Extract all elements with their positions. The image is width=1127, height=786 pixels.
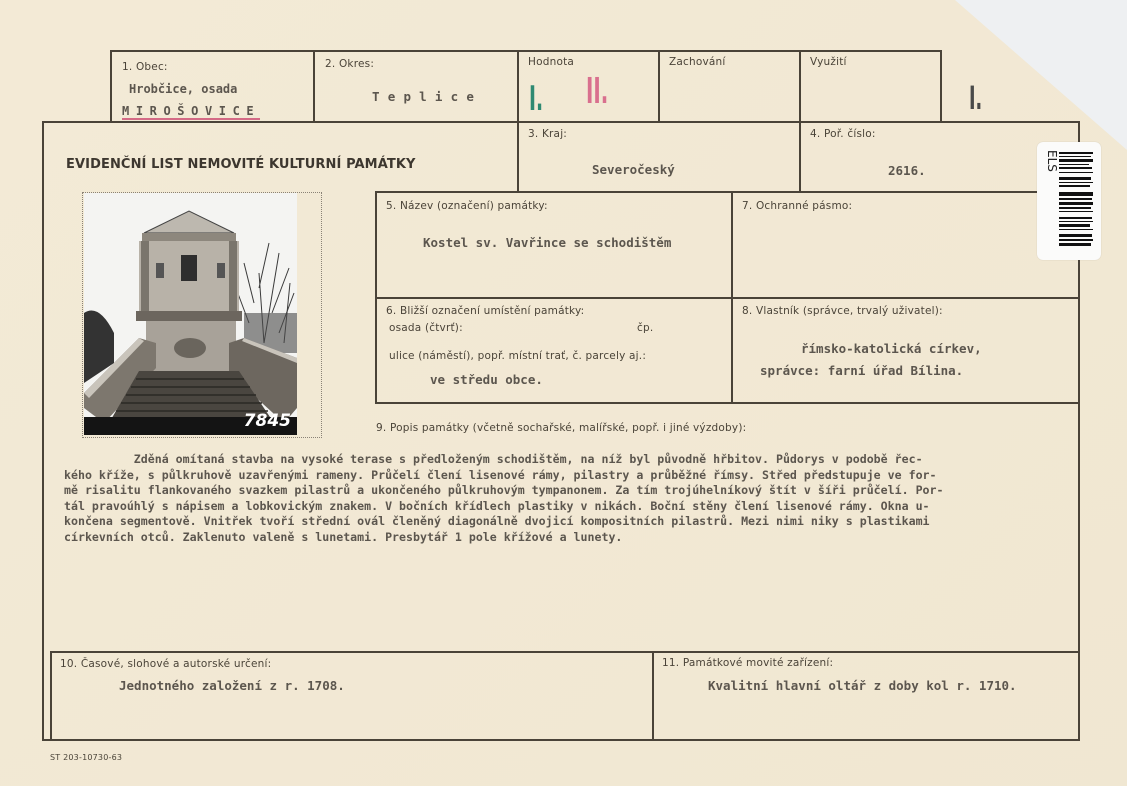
- hodnota-mark-red: II.: [586, 74, 608, 110]
- photo-number: 7845: [244, 411, 291, 431]
- value-movite-zarizeni: Kvalitní hlavní oltář z doby kol r. 1710…: [708, 678, 1017, 693]
- rule: [375, 297, 1080, 299]
- description-line: kého kříže, s půlkruhově uzavřenými rame…: [64, 468, 1074, 484]
- value-por-cislo: 2616.: [888, 163, 926, 178]
- description-line: církevních otců. Zaklenuto valeně s lune…: [64, 530, 1074, 546]
- value-obec-line2: MIROŠOVICE: [122, 104, 260, 120]
- label-nazev: 5. Název (označení) památky:: [386, 200, 548, 212]
- church-photo-icon: [84, 193, 297, 435]
- rule: [517, 191, 1080, 193]
- barcode-text: ELS: [1045, 150, 1059, 172]
- label-casove-urceni: 10. Časové, slohové a autorské určení:: [60, 658, 271, 670]
- rule-frame-left: [42, 121, 44, 741]
- description-text: Zděná omítaná stavba na vysoké terase s …: [64, 452, 1074, 546]
- barcode-label: ELS: [1037, 142, 1101, 260]
- label-popis: 9. Popis památky (včetně sochařské, malí…: [376, 422, 746, 434]
- label-obec: 1. Obec:: [122, 61, 168, 73]
- value-umisteni: ve středu obce.: [430, 372, 543, 387]
- label-hodnota: Hodnota: [528, 56, 574, 68]
- rule: [375, 402, 1080, 404]
- label-movite-zarizeni: 11. Památkové movité zařízení:: [662, 657, 833, 669]
- rule: [313, 50, 315, 122]
- label-vlastnik: 8. Vlastník (správce, trvalý uživatel):: [742, 305, 943, 317]
- description-line: mě risalitu flankovaného svazkem pilastr…: [64, 483, 1074, 499]
- rule: [50, 651, 52, 741]
- category-mark: I.: [969, 82, 982, 114]
- label-ulice: ulice (náměstí), popř. místní trať, č. p…: [389, 350, 646, 362]
- rule: [658, 50, 660, 122]
- rule: [42, 121, 1080, 123]
- label-kraj: 3. Kraj:: [528, 128, 567, 140]
- value-kraj: Severočeský: [592, 162, 675, 177]
- description-line: Zděná omítaná stavba na vysoké terase s …: [64, 452, 1074, 468]
- value-vlastnik-line1: římsko-katolická církev,: [801, 341, 982, 356]
- label-osada: osada (čtvrť):: [389, 322, 463, 334]
- label-okres: 2. Okres:: [325, 58, 374, 70]
- rule: [50, 651, 1080, 653]
- label-zachovani: Zachování: [669, 56, 726, 68]
- rule-top: [110, 50, 942, 52]
- label-umisteni: 6. Bližší označení umístění památky:: [386, 305, 584, 317]
- label-vyuziti: Využití: [810, 56, 847, 68]
- form-title: EVIDENČNÍ LIST NEMOVITÉ KULTURNÍ PAMÁTKY: [66, 157, 416, 172]
- value-okres: Teplice: [372, 89, 482, 104]
- description-line: končena segmentově. Vnitřek tvoří středn…: [64, 514, 1074, 530]
- value-vlastnik-line2: správce: farní úřad Bílina.: [760, 363, 963, 378]
- hodnota-mark-green: I.: [529, 82, 543, 116]
- label-ochranne-pasmo: 7. Ochranné pásmo:: [742, 200, 852, 212]
- rule: [940, 50, 942, 122]
- rule: [652, 651, 654, 741]
- barcode-icon: [1059, 150, 1095, 250]
- label-cp: čp.: [637, 322, 653, 334]
- label-por-cislo: 4. Poř. číslo:: [810, 128, 876, 140]
- description-line: tál pravoúhlý s nápisem a lobkovickým zn…: [64, 499, 1074, 515]
- print-code: ST 203-10730-63: [50, 753, 122, 762]
- value-nazev: Kostel sv. Vavřince se schodištěm: [423, 235, 671, 250]
- value-casove-urceni: Jednotného založení z r. 1708.: [119, 678, 345, 693]
- rule: [110, 50, 112, 122]
- monument-photo: 7845: [84, 193, 297, 435]
- rule-bottom: [42, 739, 1080, 741]
- rule: [375, 191, 519, 193]
- value-obec-line1: Hrobčice, osada: [129, 82, 237, 96]
